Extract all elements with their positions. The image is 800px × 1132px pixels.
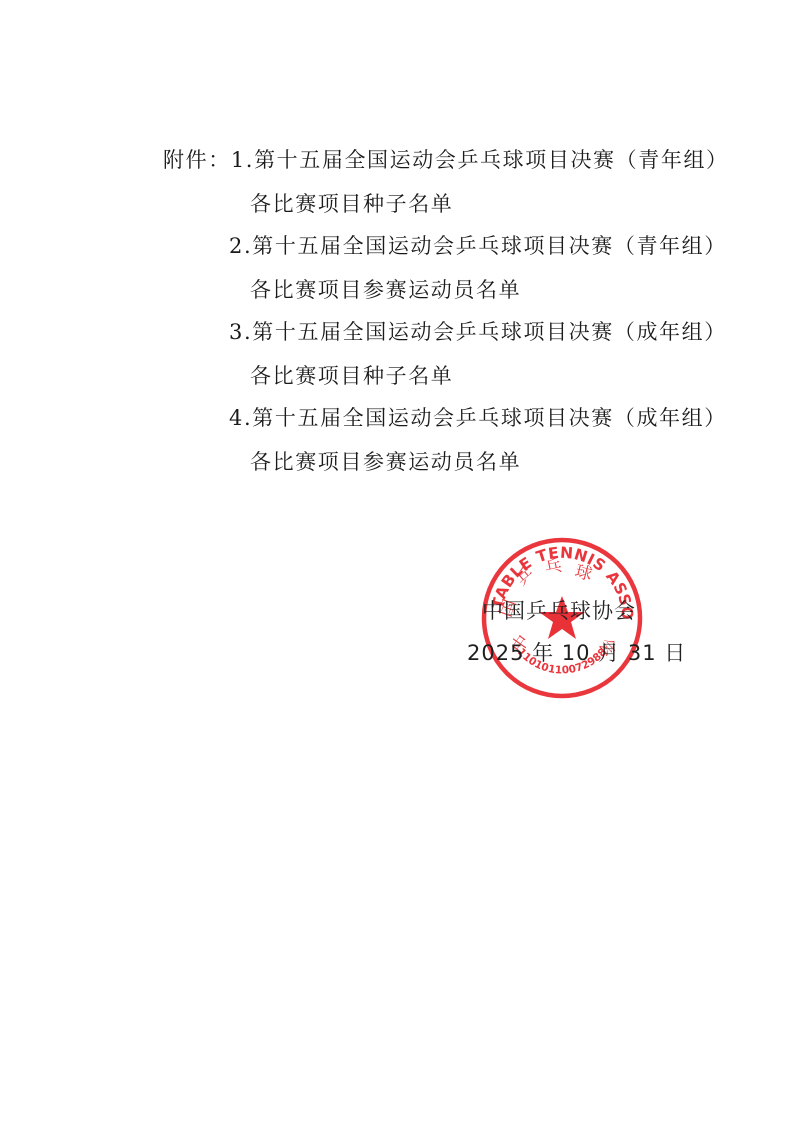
- attachment-item-3-line1: 3.第十五届全国运动会乒乓球项目决赛（成年组）: [229, 319, 727, 345]
- attachment-item-2-line2: 各比赛项目参赛运动员名单: [250, 277, 521, 303]
- item-number: 1.: [231, 148, 254, 172]
- attachment-item-1-line1: 附件：1.第十五届全国运动会乒乓球项目决赛（青年组）: [163, 147, 729, 173]
- item-title: 第十五届全国运动会乒乓球项目决赛（青年组）: [252, 234, 727, 258]
- svg-text:球: 球: [573, 562, 595, 586]
- item-title: 第十五届全国运动会乒乓球项目决赛（青年组）: [254, 148, 729, 172]
- attachments-label: 附件：: [163, 148, 231, 172]
- attachment-item-3-line2: 各比赛项目种子名单: [250, 363, 453, 389]
- attachment-item-4-line1: 4.第十五届全国运动会乒乓球项目决赛（成年组）: [229, 405, 727, 431]
- item-title: 第十五届全国运动会乒乓球项目决赛（成年组）: [252, 406, 727, 430]
- item-title: 第十五届全国运动会乒乓球项目决赛（成年组）: [252, 320, 727, 344]
- item-number: 3.: [229, 320, 252, 344]
- attachment-item-2-line1: 2.第十五届全国运动会乒乓球项目决赛（青年组）: [229, 233, 727, 259]
- item-number: 4.: [229, 406, 252, 430]
- signature-date: 2025 年 10 月 31 日: [467, 640, 686, 666]
- attachment-item-4-line2: 各比赛项目参赛运动员名单: [250, 449, 521, 475]
- attachment-item-1-line2: 各比赛项目种子名单: [250, 191, 453, 217]
- signature-organization: 中国乒乓球协会: [482, 598, 636, 624]
- item-number: 2.: [229, 234, 252, 258]
